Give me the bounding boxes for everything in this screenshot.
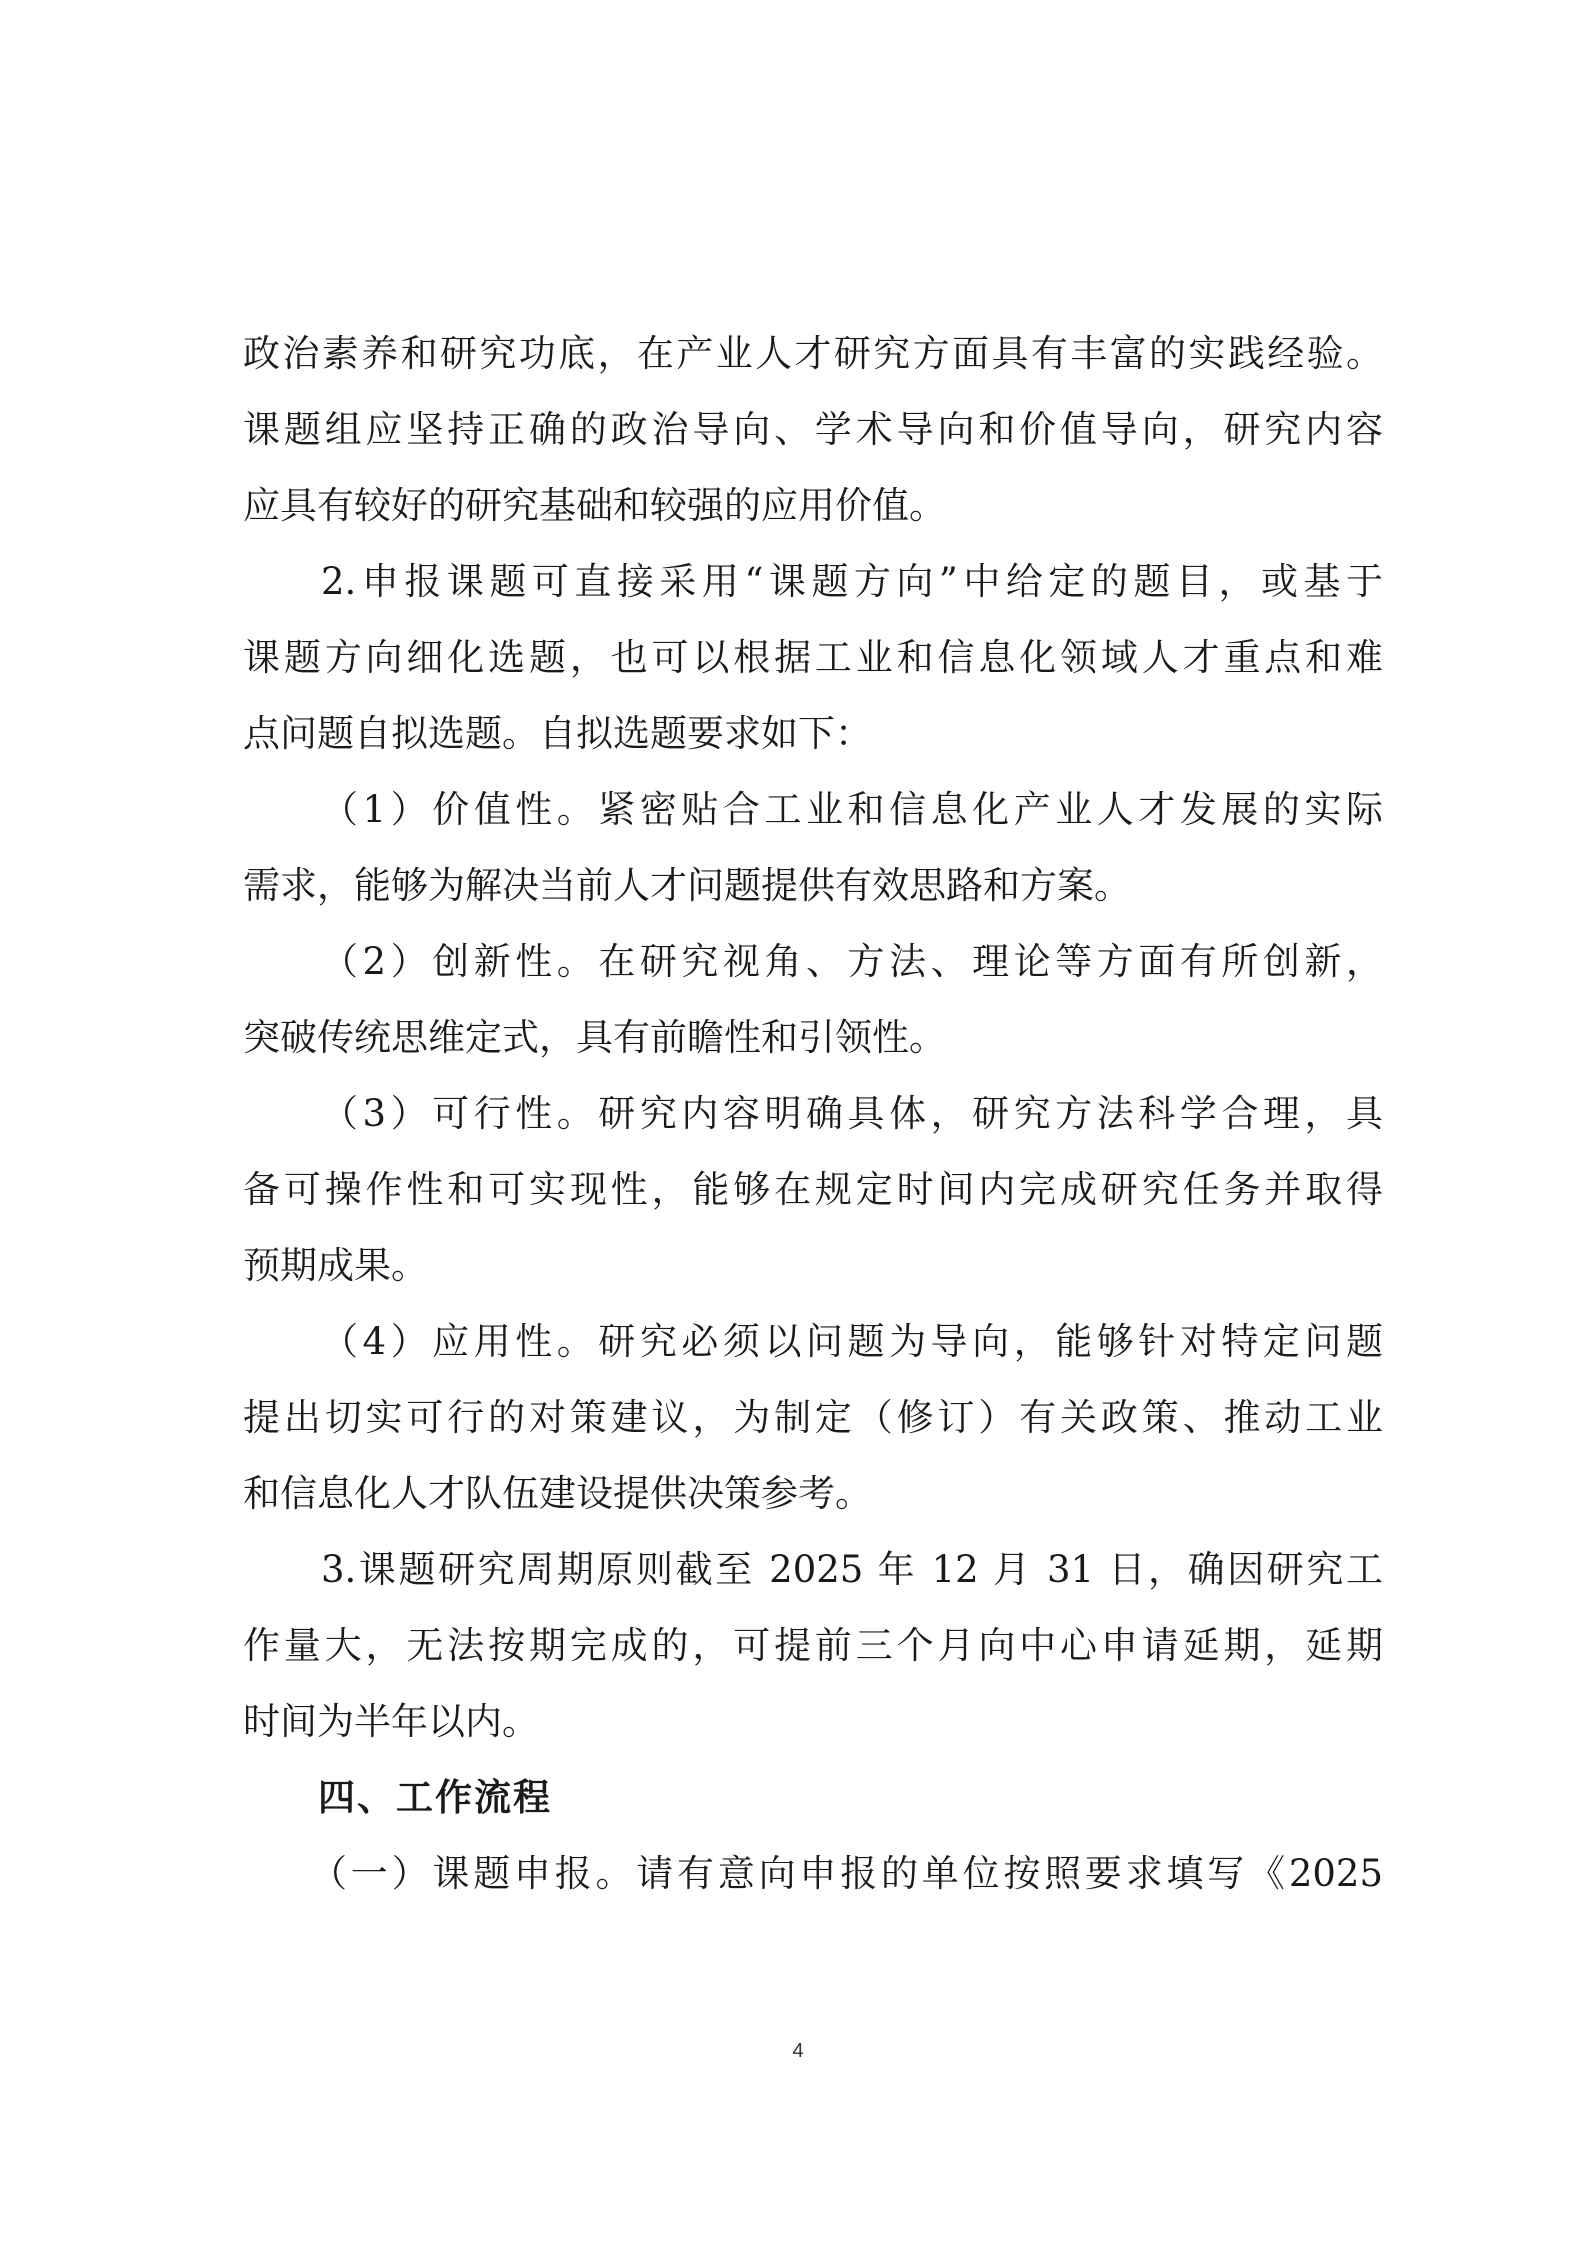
list-item-line: （1）价值性。紧密贴合工业和信息化产业人才发展的实际 — [321, 772, 1383, 848]
list-item-line: 预期成果。 — [243, 1228, 1383, 1304]
page-number: 4 — [783, 2040, 813, 2063]
paragraph-line: 作量大，无法按期完成的，可提前三个月向中心申请延期，延期 — [243, 1608, 1383, 1684]
list-item-line: 备可操作性和可实现性，能够在规定时间内完成研究任务并取得 — [243, 1152, 1383, 1228]
document-page: 政治素养和研究功底，在产业人才研究方面具有丰富的实践经验。 课题组应坚持正确的政… — [0, 0, 1586, 2244]
section-heading: 四、工作流程 — [318, 1760, 1458, 1836]
list-item-line: （3）可行性。研究内容明确具体，研究方法科学合理，具 — [321, 1076, 1383, 1152]
paragraph-line: 政治素养和研究功底，在产业人才研究方面具有丰富的实践经验。 — [243, 316, 1383, 392]
list-item-line: （4）应用性。研究必须以问题为导向，能够针对特定问题 — [321, 1304, 1383, 1380]
subsection-line: （一）课题申报。请有意向申报的单位按照要求填写《2025 — [310, 1836, 1383, 1912]
paragraph-line: 2.申报课题可直接采用“课题方向”中给定的题目，或基于 — [321, 544, 1383, 620]
paragraph-line: 课题组应坚持正确的政治导向、学术导向和价值导向，研究内容 — [243, 392, 1383, 468]
paragraph-line: 应具有较好的研究基础和较强的应用价值。 — [243, 468, 1383, 544]
list-item-line: （2）创新性。在研究视角、方法、理论等方面有所创新， — [321, 924, 1383, 1000]
list-item-line: 需求，能够为解决当前人才问题提供有效思路和方案。 — [243, 848, 1383, 924]
paragraph-line: 时间为半年以内。 — [243, 1684, 1383, 1760]
list-item-line: 突破传统思维定式，具有前瞻性和引领性。 — [243, 1000, 1383, 1076]
paragraph-line: 点问题自拟选题。自拟选题要求如下： — [243, 696, 1383, 772]
list-item-line: 和信息化人才队伍建设提供决策参考。 — [243, 1456, 1383, 1532]
list-item-line: 提出切实可行的对策建议，为制定（修订）有关政策、推动工业 — [243, 1380, 1383, 1456]
paragraph-line: 3.课题研究周期原则截至 2025 年 12 月 31 日，确因研究工 — [321, 1532, 1383, 1608]
paragraph-line: 课题方向细化选题，也可以根据工业和信息化领域人才重点和难 — [243, 620, 1383, 696]
